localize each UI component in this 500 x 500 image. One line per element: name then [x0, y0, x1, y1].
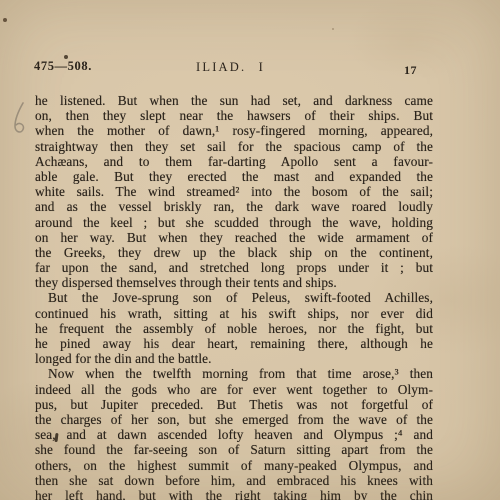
- text-line: he pined away his dear heart, remaining …: [35, 336, 433, 351]
- text-line: Now when the twelfth morning from that t…: [35, 366, 433, 381]
- text-line: when the mother of dawn,¹ rosy-fingered …: [35, 123, 433, 138]
- text-line: far upon the sand, and stretched long pr…: [35, 260, 433, 275]
- body-text: he listened. But when the sun had set, a…: [35, 93, 433, 500]
- paper-speck: [3, 18, 7, 22]
- pencil-squiggle-6: [9, 101, 29, 141]
- text-line: on her way. But when they reached the wi…: [35, 230, 433, 245]
- text-line: But the Jove-sprung son of Peleus, swift…: [35, 290, 433, 305]
- paragraph: But the Jove-sprung son of Peleus, swift…: [35, 290, 433, 366]
- book-page: 475—508. ILIAD. I 17 he listened. But wh…: [0, 0, 500, 500]
- text-line: longed for the din and the battle.: [35, 351, 433, 366]
- text-line: others, on the highest summit of many-pe…: [35, 458, 433, 473]
- paragraph: he listened. But when the sun had set, a…: [35, 93, 433, 290]
- text-line: they dispersed themselves through their …: [35, 275, 433, 290]
- text-line: the Greeks, they drew up the black ship …: [35, 245, 433, 260]
- header-page-number: 17: [404, 63, 417, 78]
- text-line: continued his wrath, sitting at his swif…: [35, 306, 433, 321]
- text-line: and as the vessel briskly ran, the dark …: [35, 199, 433, 214]
- text-line: indeed all the gods who are for ever wen…: [35, 382, 433, 397]
- paragraph: Now when the twelfth morning from that t…: [35, 366, 433, 500]
- text-line: sea, and at dawn ascended lofty heaven a…: [35, 427, 433, 442]
- text-line: white sails. The wind streamed² into the…: [35, 184, 433, 199]
- text-line: he frequent the assembly of noble heroes…: [35, 321, 433, 336]
- text-line: he listened. But when the sun had set, a…: [35, 93, 433, 108]
- text-line: Achæans, and to them far-darting Apollo …: [35, 154, 433, 169]
- text-line: pus, but Jupiter preceded. But Thetis wa…: [35, 397, 433, 412]
- paper-speck: [332, 28, 334, 30]
- header-running-title: ILIAD. I: [196, 60, 265, 75]
- header-line-range: 475—508.: [34, 59, 92, 74]
- text-line: the charges of her son, but she emerged …: [35, 412, 433, 427]
- text-line: straightway then they set sail for the s…: [35, 139, 433, 154]
- ink-spot-above-dash: [64, 55, 68, 59]
- text-line: her left hand, but with the right taking…: [35, 488, 433, 500]
- text-line: she found the far-seeing son of Saturn s…: [35, 442, 433, 457]
- text-line: on, then they slept near the hawsers of …: [35, 108, 433, 123]
- text-line: able gale. But they erected the mast and…: [35, 169, 433, 184]
- text-line: then she sat down before him, and embrac…: [35, 473, 433, 488]
- text-line: around the keel ; but she scudded throug…: [35, 215, 433, 230]
